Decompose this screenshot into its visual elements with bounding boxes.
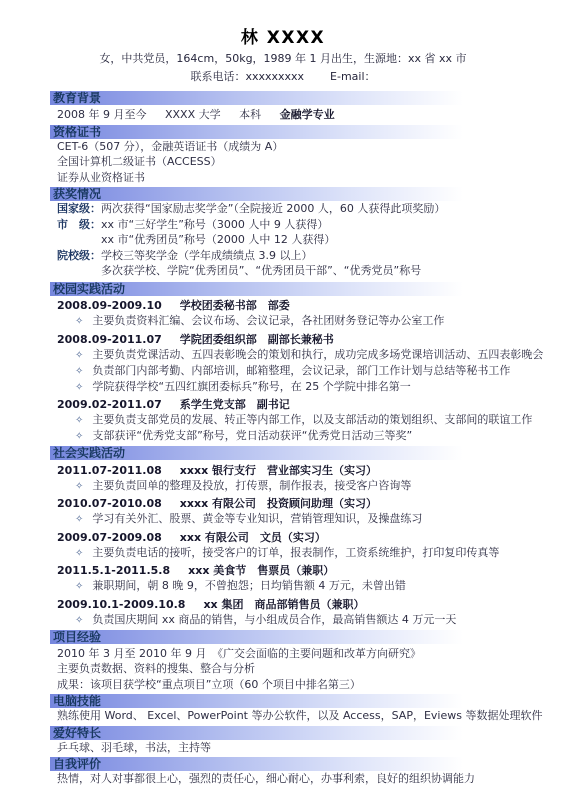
certificate-line: 证券从业资格证书 (50, 170, 566, 186)
bullet-text: 主要负责资料汇编、会议布场、会议记录，各社团财务登记等办公室工作 (92, 314, 444, 327)
email-text: E-mail： (330, 70, 376, 83)
award-text: 多次获学校、学院“优秀团员”、“优秀团员干部”、“优秀党员”称号 (101, 264, 421, 277)
award-text: xx 市“三好学生”称号（3000 人中 9 人获得） (101, 218, 328, 231)
diamond-bullet-icon: ✧ (75, 415, 83, 426)
computer-skills-line: 熟练使用 Word、 Excel、PowerPoint 等办公软件，以及 Acc… (50, 708, 566, 724)
bullet-item: ✧学习有关外汇、股票、黄金等专业知识，营销管理知识，及操盘练习 (50, 511, 566, 527)
bullet-text: 负责国庆期间 xx 商品的销售，与小组成员合作，最高销售额达 4 万元一天 (92, 613, 456, 626)
entry-date: 2011.5.1-2011.5.8 (57, 564, 170, 577)
section-header-selfeval: 自我评价 (50, 757, 566, 771)
entry-date: 2010.07-2010.08 (57, 497, 162, 510)
entry-role: xxxx 有限公司 投资顾问助理（实习） (180, 497, 377, 510)
entry-date: 2008.09-2009.10 (57, 299, 162, 312)
section-header-awards: 获奖情况 (50, 187, 566, 201)
certificate-line: CET-6（507 分），金融英语证书（成绩为 A） (50, 139, 566, 155)
social-entry-title: 2011.07-2011.08xxxx 银行支行 营业部实习生（实习） (50, 463, 566, 478)
social-entry-title: 2009.07-2009.08xxx 有限公司 文员（实习） (50, 530, 566, 545)
education-major: 金融学专业 (280, 108, 335, 121)
entry-role: xx 集团 商品部销售员（兼职） (203, 598, 364, 611)
diamond-bullet-icon: ✧ (75, 481, 83, 492)
bullet-item: ✧兼职期间，朝 8 晚 9，不曾抱怨；日均销售额 4 万元，未曾出错 (50, 578, 566, 594)
bullet-text: 兼职期间，朝 8 晚 9，不曾抱怨；日均销售额 4 万元，未曾出错 (92, 579, 405, 592)
diamond-bullet-icon: ✧ (75, 581, 83, 592)
diamond-bullet-icon: ✧ (75, 350, 83, 361)
social-entry-title: 2009.10.1-2009.10.8xx 集团 商品部销售员（兼职） (50, 597, 566, 612)
resume-header: 林 XXXX 女，中共党员，164cm，50kg，1989 年 1 月出生，生源… (0, 0, 566, 84)
bullet-item: ✧主要负责回单的整理及投放，打传票，制作报表，接受客户咨询等 (50, 478, 566, 494)
diamond-bullet-icon: ✧ (75, 366, 83, 377)
section-header-education: 教育背景 (50, 91, 566, 105)
campus-entry-title: 2008.09-2009.10学校团委秘书部 部委 (50, 298, 566, 313)
profile-line: 女，中共党员，164cm，50kg，1989 年 1 月出生，生源地：xx 省 … (0, 52, 566, 66)
award-text: 两次获得“国家励志奖学金”（全院接近 2000 人，60 人获得此项奖励） (101, 202, 445, 215)
bullet-item: ✧主要负责资料汇编、会议布场、会议记录，各社团财务登记等办公室工作 (50, 313, 566, 329)
project-line: 成果：该项目获学校“重点项目”立项（60 个项目中排名第三） (50, 677, 566, 693)
bullet-item: ✧主要负责党课活动、五四表彰晚会的策划和执行，成功完成多场党课培训活动、五四表彰… (50, 347, 566, 363)
diamond-bullet-icon: ✧ (75, 615, 83, 626)
bullet-item: ✧主要负责电话的接听，接受客户的订单，报表制作，工资系统维护，打印复印传真等 (50, 545, 566, 561)
entry-role: xxxx 银行支行 营业部实习生（实习） (180, 464, 377, 477)
entry-date: 2009.02-2011.07 (57, 398, 162, 411)
education-degree: 本科 (239, 108, 261, 121)
bullet-item: ✧支部获评“优秀党支部”称号，党日活动获评“优秀党日活动三等奖” (50, 428, 566, 444)
award-row: 多次获学校、学院“优秀团员”、“优秀团员干部”、“优秀党员”称号 (50, 263, 566, 279)
hobbies-line: 乒乓球、羽毛球，书法，主持等 (50, 740, 566, 756)
entry-role: xxx 美食节 售票员（兼职） (188, 564, 334, 577)
entry-date: 2008.09-2011.07 (57, 333, 162, 346)
award-row: 市 级：xx 市“三好学生”称号（3000 人中 9 人获得） (50, 217, 566, 233)
bullet-text: 学院获得学校“五四红旗团委标兵”称号，在 25 个学院中排名第一 (92, 380, 410, 393)
section-header-campus: 校园实践活动 (50, 282, 566, 296)
social-entry-title: 2010.07-2010.08xxxx 有限公司 投资顾问助理（实习） (50, 496, 566, 511)
campus-entry-title: 2009.02-2011.07系学生党支部 副书记 (50, 397, 566, 412)
diamond-bullet-icon: ✧ (75, 382, 83, 393)
self-evaluation-line: 热情，对人对事都很上心，强烈的责任心，细心耐心，办事利索，良好的组织协调能力 (50, 771, 566, 787)
diamond-bullet-icon: ✧ (75, 548, 83, 559)
award-row: xx 市“优秀团员”称号（2000 人中 12 人获得） (50, 232, 566, 248)
bullet-item: ✧主要负责支部党员的发展、转正等内部工作，以及支部活动的策划组织、支部间的联谊工… (50, 412, 566, 428)
section-header-certificates: 资格证书 (50, 125, 566, 139)
award-level-label: 院校级： (57, 248, 101, 264)
bullet-item: ✧负责国庆期间 xx 商品的销售，与小组成员合作，最高销售额达 4 万元一天 (50, 612, 566, 628)
entry-role: xxx 有限公司 文员（实习） (180, 531, 326, 544)
section-header-computer: 电脑技能 (50, 694, 566, 708)
bullet-text: 主要负责回单的整理及投放，打传票，制作报表，接受客户咨询等 (92, 479, 411, 492)
entry-date: 2011.07-2011.08 (57, 464, 162, 477)
award-text: 学校三等奖学金（学年成绩绩点 3.9 以上） (101, 249, 313, 262)
education-line: 2008 年 9 月至今 XXXX 大学 本科 金融学专业 (50, 107, 566, 123)
contact-line: 联系电话：xxxxxxxxxE-mail： (0, 70, 566, 84)
phone-text: 联系电话：xxxxxxxxx (190, 70, 304, 83)
candidate-name: 林 XXXX (0, 28, 566, 48)
bullet-text: 支部获评“优秀党支部”称号，党日活动获评“优秀党日活动三等奖” (92, 429, 412, 442)
bullet-item: ✧学院获得学校“五四红旗团委标兵”称号，在 25 个学院中排名第一 (50, 379, 566, 395)
entry-role: 学校团委秘书部 部委 (180, 299, 290, 312)
certificate-line: 全国计算机二级证书（ACCESS） (50, 154, 566, 170)
bullet-text: 主要负责电话的接听，接受客户的订单，报表制作，工资系统维护，打印复印传真等 (92, 546, 499, 559)
bullet-text: 学习有关外汇、股票、黄金等专业知识，营销管理知识，及操盘练习 (92, 512, 422, 525)
entry-date: 2009.07-2009.08 (57, 531, 162, 544)
section-header-project: 项目经验 (50, 630, 566, 644)
resume-document: 林 XXXX 女，中共党员，164cm，50kg，1989 年 1 月出生，生源… (0, 0, 566, 800)
entry-role: 学院团委组织部 副部长兼秘书 (180, 333, 334, 346)
bullet-item: ✧负责部门内部考勤、内部培训，邮箱整理，会议记录，部门工作计划与总结等秘书工作 (50, 363, 566, 379)
section-header-social: 社会实践活动 (50, 446, 566, 460)
bullet-text: 主要负责支部党员的发展、转正等内部工作，以及支部活动的策划组织、支部间的联谊工作 (92, 413, 532, 426)
education-school: XXXX 大学 (165, 108, 221, 121)
award-row: 院校级：学校三等奖学金（学年成绩绩点 3.9 以上） (50, 248, 566, 264)
bullet-text: 主要负责党课活动、五四表彰晚会的策划和执行，成功完成多场党课培训活动、五四表彰晚… (92, 348, 543, 361)
entry-role: 系学生党支部 副书记 (180, 398, 290, 411)
social-entry-title: 2011.5.1-2011.5.8xxx 美食节 售票员（兼职） (50, 563, 566, 578)
bullet-text: 负责部门内部考勤、内部培训，邮箱整理，会议记录，部门工作计划与总结等秘书工作 (92, 364, 510, 377)
award-level-label: 国家级： (57, 201, 101, 217)
project-line: 主要负责数据、资料的搜集、整合与分析 (50, 661, 566, 677)
entry-date: 2009.10.1-2009.10.8 (57, 598, 185, 611)
education-date: 2008 年 9 月至今 (57, 108, 146, 121)
resume-body: 教育背景 2008 年 9 月至今 XXXX 大学 本科 金融学专业 资格证书 … (50, 91, 566, 787)
diamond-bullet-icon: ✧ (75, 316, 83, 327)
award-text: xx 市“优秀团员”称号（2000 人中 12 人获得） (101, 233, 335, 246)
award-row: 国家级：两次获得“国家励志奖学金”（全院接近 2000 人，60 人获得此项奖励… (50, 201, 566, 217)
diamond-bullet-icon: ✧ (75, 514, 83, 525)
project-line: 2010 年 3 月至 2010 年 9 月 《广交会面临的主要问题和改革方向研… (50, 646, 566, 662)
diamond-bullet-icon: ✧ (75, 431, 83, 442)
section-header-hobbies: 爱好特长 (50, 726, 566, 740)
campus-entry-title: 2008.09-2011.07学院团委组织部 副部长兼秘书 (50, 332, 566, 347)
award-level-label: 市 级： (57, 217, 101, 233)
